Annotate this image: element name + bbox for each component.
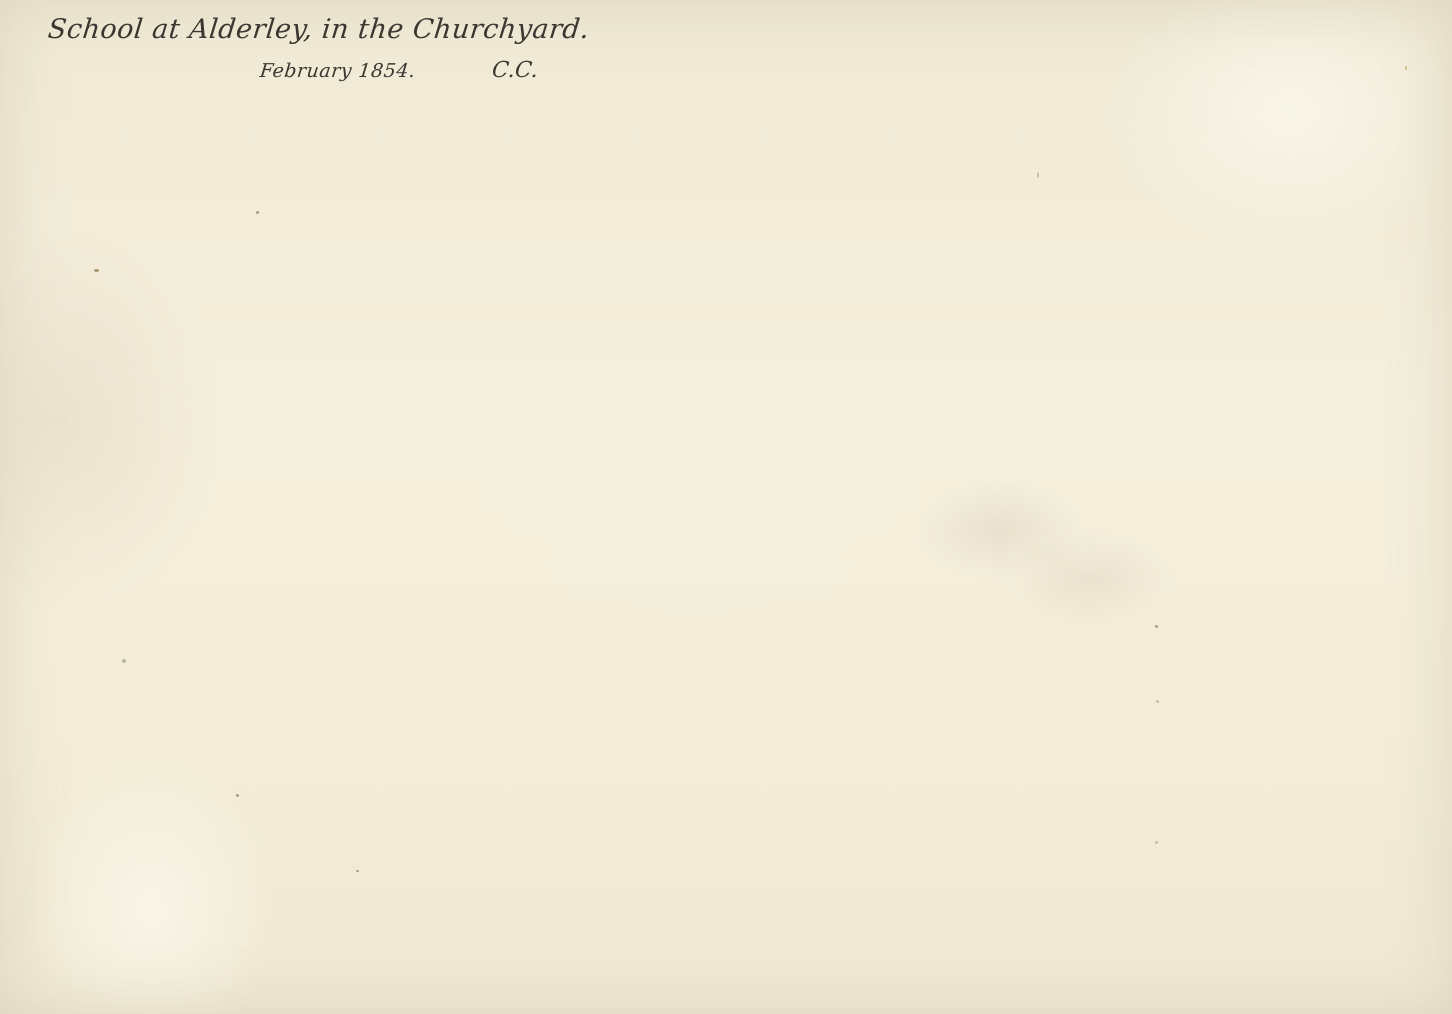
inscription-initials: C.C. <box>491 58 540 83</box>
foxing-speck <box>356 870 359 872</box>
inscription-date: February 1854. <box>259 60 417 82</box>
inscription-title: School at Alderley, in the Churchyard. <box>46 14 591 45</box>
foxing-speck <box>1037 172 1039 178</box>
paper-card: School at Alderley, in the Churchyard. F… <box>0 0 1452 1014</box>
foxing-speck <box>1156 700 1159 703</box>
foxing-speck <box>1155 625 1158 628</box>
foxing-speck <box>94 269 99 272</box>
foxing-speck <box>122 659 126 663</box>
foxing-speck <box>256 211 259 214</box>
foxing-speck <box>236 794 239 797</box>
foxing-speck <box>1405 66 1407 70</box>
foxing-speck <box>1155 841 1158 844</box>
